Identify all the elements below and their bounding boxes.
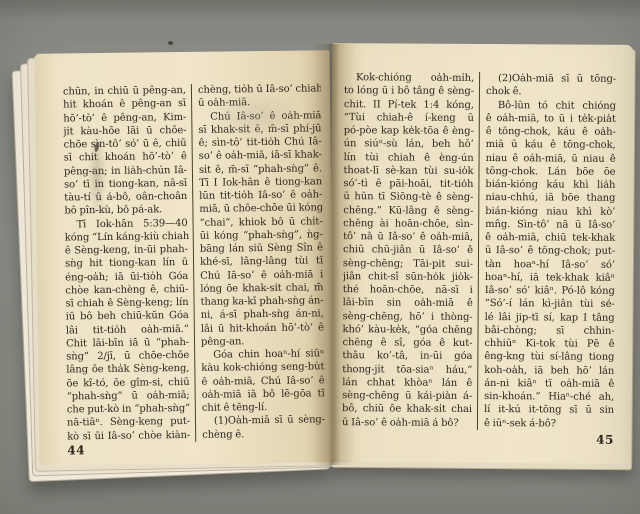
text-line: tōng-chok. Lán bōe ōe [485,165,615,179]
text-line: ū hūn tī Siōng-tè ê sèng- [343,190,473,204]
text-line: iū bô beh chiū-kūn Góa [66,309,189,324]
left-page-column-1: chūn, in chiū ū pêng-an,hit khoán ê pêng… [63,84,195,443]
text-line: miā, ū chōe-chōe ūi kóng [199,202,322,217]
text-line: só’-tì ê pāi-hoāi, tit-tio̍h [343,177,473,191]
text-line: bián-kióng niau khì kò’ [485,205,615,219]
text-line: sī chit khoán hō’-tò’ ê [64,150,187,165]
text-line: án-ni kiâⁿ tī oa̍h-miā ê [484,377,614,391]
paragraph: chūn, in chiū ū pêng-an,hit khoán ê pêng… [63,84,188,218]
text-line: jiân chit-sî sūn-ho̍k jio̍k- [343,270,473,284]
text-line: so’ ê oa̍h-miā, iā-sī khak- [199,149,322,164]
text-line: ni, á-sī phah-sǹg án-ni, [201,308,324,323]
text-line: sèng-chēng; Tāi-pit sui- [343,257,473,271]
paragraph: (1)Oa̍h-miā sī ū sèng-chèng ê. [202,414,325,442]
text-line: sǹg hit tiong-kan lín ū [65,256,188,271]
ink-speck [168,41,173,45]
text-line: pêng-an; in lia̍h-chún Iâ- [64,163,187,178]
text-line: ê oa̍h-miā, to ū i te̍k-pia̍t [486,112,616,126]
text-line: tô’ nā ū Iâ-so’ ê oa̍h-miā, [343,230,473,244]
text-line: Tī Iok-hān 5:39—40 [65,216,188,231]
paragraph: Tī Iok-hān 5:39—40kóng “Lín káng-kiù chi… [65,216,191,443]
text-line: hoaⁿ-hí, iā tek-khak kiâⁿ [485,271,615,285]
text-line: hit khoán ê pêng-an sī [63,97,186,112]
text-line: nā-tiāⁿ. Sèng-keng put- [67,415,190,430]
paragraph: Góa chin hoaⁿ-hí siūⁿkàu kok-chióng seng… [201,347,325,415]
text-line: to lóng ū i bô tâng ê sèng- [344,84,474,98]
text-line: bô, chiū ōe khak-si̍t chai [342,402,472,416]
text-line: Kok-chióng oa̍h-mi̍h, [344,71,474,85]
text-line: sèng-chēng, hō’ i thòng- [343,310,473,324]
text-line: Iâ-so’ só’ kiâⁿ. Pó-lô kóng [485,284,615,298]
text-line: thoat-lī sè-kan tùi su-io̍k [343,164,473,178]
text-line: niau ê oa̍h-miā, ū niau ê [486,152,616,166]
text-line: lín tùi chiah ê èng-ún [344,151,474,165]
text-line: oa̍h-miā iā bô lē-gōa tī [202,387,325,402]
book-page-right: Kok-chióng oa̍h-mi̍h,to lóng ū i bô tâng… [330,43,634,464]
text-line: ún siúⁿ-sù lán, beh hō’ [344,137,474,151]
text-line: si̍t ê, m̄-sī “phah-sǹg” ê. [199,162,322,177]
text-line: khé-sī, lâng-lâng tùi tī [200,255,323,270]
text-line: êng-kng tùi sí-lâng tiong [484,350,614,364]
text-line: sin-khoán.” Hiaⁿ-ché ah, [484,390,614,404]
text-line: niau-chhú, iā bōe thang [485,191,615,205]
text-line: ê iūⁿ-sek á-bô? [484,417,614,431]
text-line: miā ū káu ê tōng-chok, [486,138,616,152]
text-line: ê oa̍h-miā, Chú Iâ-so’ ê [201,374,324,389]
text-line: chit. II Pí-tek 1:4 kóng, [344,98,474,112]
text-line: chēng.” Kū-lâng ê sèng- [343,204,473,218]
text-line: khó’ kàu-ke̍k, “góa chēng [342,323,472,337]
text-line: lâi tit-tio̍h oa̍h-miā.” [66,322,189,337]
photo-background: chūn, in chiū ū pêng-an,hit khoán ê pêng… [0,0,640,514]
text-line: “Só’-í lán kì-jiân tùi sé- [485,297,615,311]
text-line: lâi ū hit-khoán hō’-tò’ ê [201,321,324,336]
paragraph: chèng, tio̍h ū Iâ-so’ chiahū oa̍h-miā. [198,82,321,110]
right-page-column-1: Kok-chióng oa̍h-mi̍h,to lóng ū i bô tâng… [342,71,479,430]
left-page-column-2: chèng, tio̍h ū Iâ-so’ chiahū oa̍h-miā.Ch… [191,82,325,441]
page-number-right: 45 [580,433,614,447]
paragraph: Kok-chióng oa̍h-mi̍h,to lóng ū i bô tâng… [342,71,474,430]
text-line: chèng ê. [202,427,325,442]
text-line: chēng ê sî, góa ê kut- [342,336,472,350]
text-line: thâu ko’-tâ, in-ūi góa [342,349,472,363]
text-line: kò sī ūi Iâ-so’ chòe kiàn- [67,428,190,443]
left-page-text: chūn, in chiū ū pêng-an,hit khoán ê pêng… [63,82,325,443]
text-line: ê tōng-chok, káu ê oa̍h- [486,125,616,139]
text-line: lāi-bīn sin oa̍h-miā ê [343,296,473,310]
text-line: bâi-chòng; sī chhin- [484,324,614,338]
text-line: koh-oa̍h, iā beh hō’ lán [484,364,614,378]
right-page-text: Kok-chióng oa̍h-mi̍h,to lóng ū i bô tâng… [342,71,616,430]
text-line: tàu-tí ū á-bô, oân-choân [64,190,187,205]
text-line: (2)Oa̍h-miā sī ū tōng- [486,72,616,86]
text-line: éng-oa̍h; iā ūi-tio̍h Góa [65,269,188,284]
text-line: pó-pòe kap ke̍k-tōa ê èng- [344,124,474,138]
text-line: chèng, tio̍h ū Iâ-so’ chiah [198,82,321,97]
paragraph: (2)Oa̍h-miā sī ū tōng-chok ê. [486,72,616,99]
text-line: chok ê. [486,85,616,99]
text-line: chhiūⁿ Ki-tok tùi Pē ê [484,337,614,351]
right-page-column-2: (2)Oa̍h-miā sī ū tōng-chok ê.Bô-lūn tó c… [477,72,616,431]
text-line: thé hoān-chōe, nā-sī i [343,283,473,297]
text-line: thong-ji̍t tōa-siaⁿ háu,” [342,363,472,377]
text-line: lé lâi jip-tī sí, kap I tâng [485,311,615,325]
text-line: Chú Iā-so’ ê oa̍h-miā i [200,268,323,283]
text-line: hō’-tò’ ê pêng-an, Kim- [63,110,186,125]
text-line: ōe kî-tó, ōe gîm-si, chiū [66,375,189,390]
text-line: chēng ài hoān-chōe, sìn- [343,217,473,231]
paragraph: Chú Iâ-so’ ê oa̍h-miāsī khak-si̍t ê, m̄-… [198,109,324,349]
text-line: bián-kióng káu khì lia̍h [485,178,615,192]
text-line: ū Iâ-so’ ê tōng-chok; put- [485,244,615,258]
book-page-left: chūn, in chiū ū pêng-an,hit khoán ê pêng… [34,50,334,466]
paragraph: Bô-lūn tó chit chióngê oa̍h-miā, to ū i … [484,99,616,431]
text-line: lán chhat khòaⁿ lán ê [342,376,472,390]
text-line: kàu kok-chióng seng-bu̍t [201,361,324,376]
text-line: “chai”, khiok bô ū chi̍t- [199,215,322,230]
text-line: chiū chū-jiân ū Iâ-so’ ê [343,243,473,257]
text-line: lâng ōe tha̍k Sèng-keng, [66,362,189,377]
text-line: “Tùi chiah-ê í-keng ū [344,111,474,125]
text-line: ê oa̍h-miā, chiū tek-khak [485,231,615,245]
page-number-left: 44 [67,443,85,457]
text-line: tàn hoaⁿ-hí Iâ-so’ só’ [485,258,615,272]
text-line: Chú Iâ-so’ ê oa̍h-miā [198,109,321,124]
text-line: lí it-kú it-tōng sī ū sin [484,403,614,417]
text-line: sèng-chēng ū kái-piàn á- [342,389,472,403]
text-line: Bô-lūn tó chit chióng [486,99,616,113]
text-line: (1)Oa̍h-miā sī ū sèng- [202,414,325,429]
text-line: ū Iâ-so’ ê oa̍h-miā á bô? [342,416,472,430]
text-line: mn̂g. Sìn-tô’ nā ū Iâ-so’ [485,218,615,232]
